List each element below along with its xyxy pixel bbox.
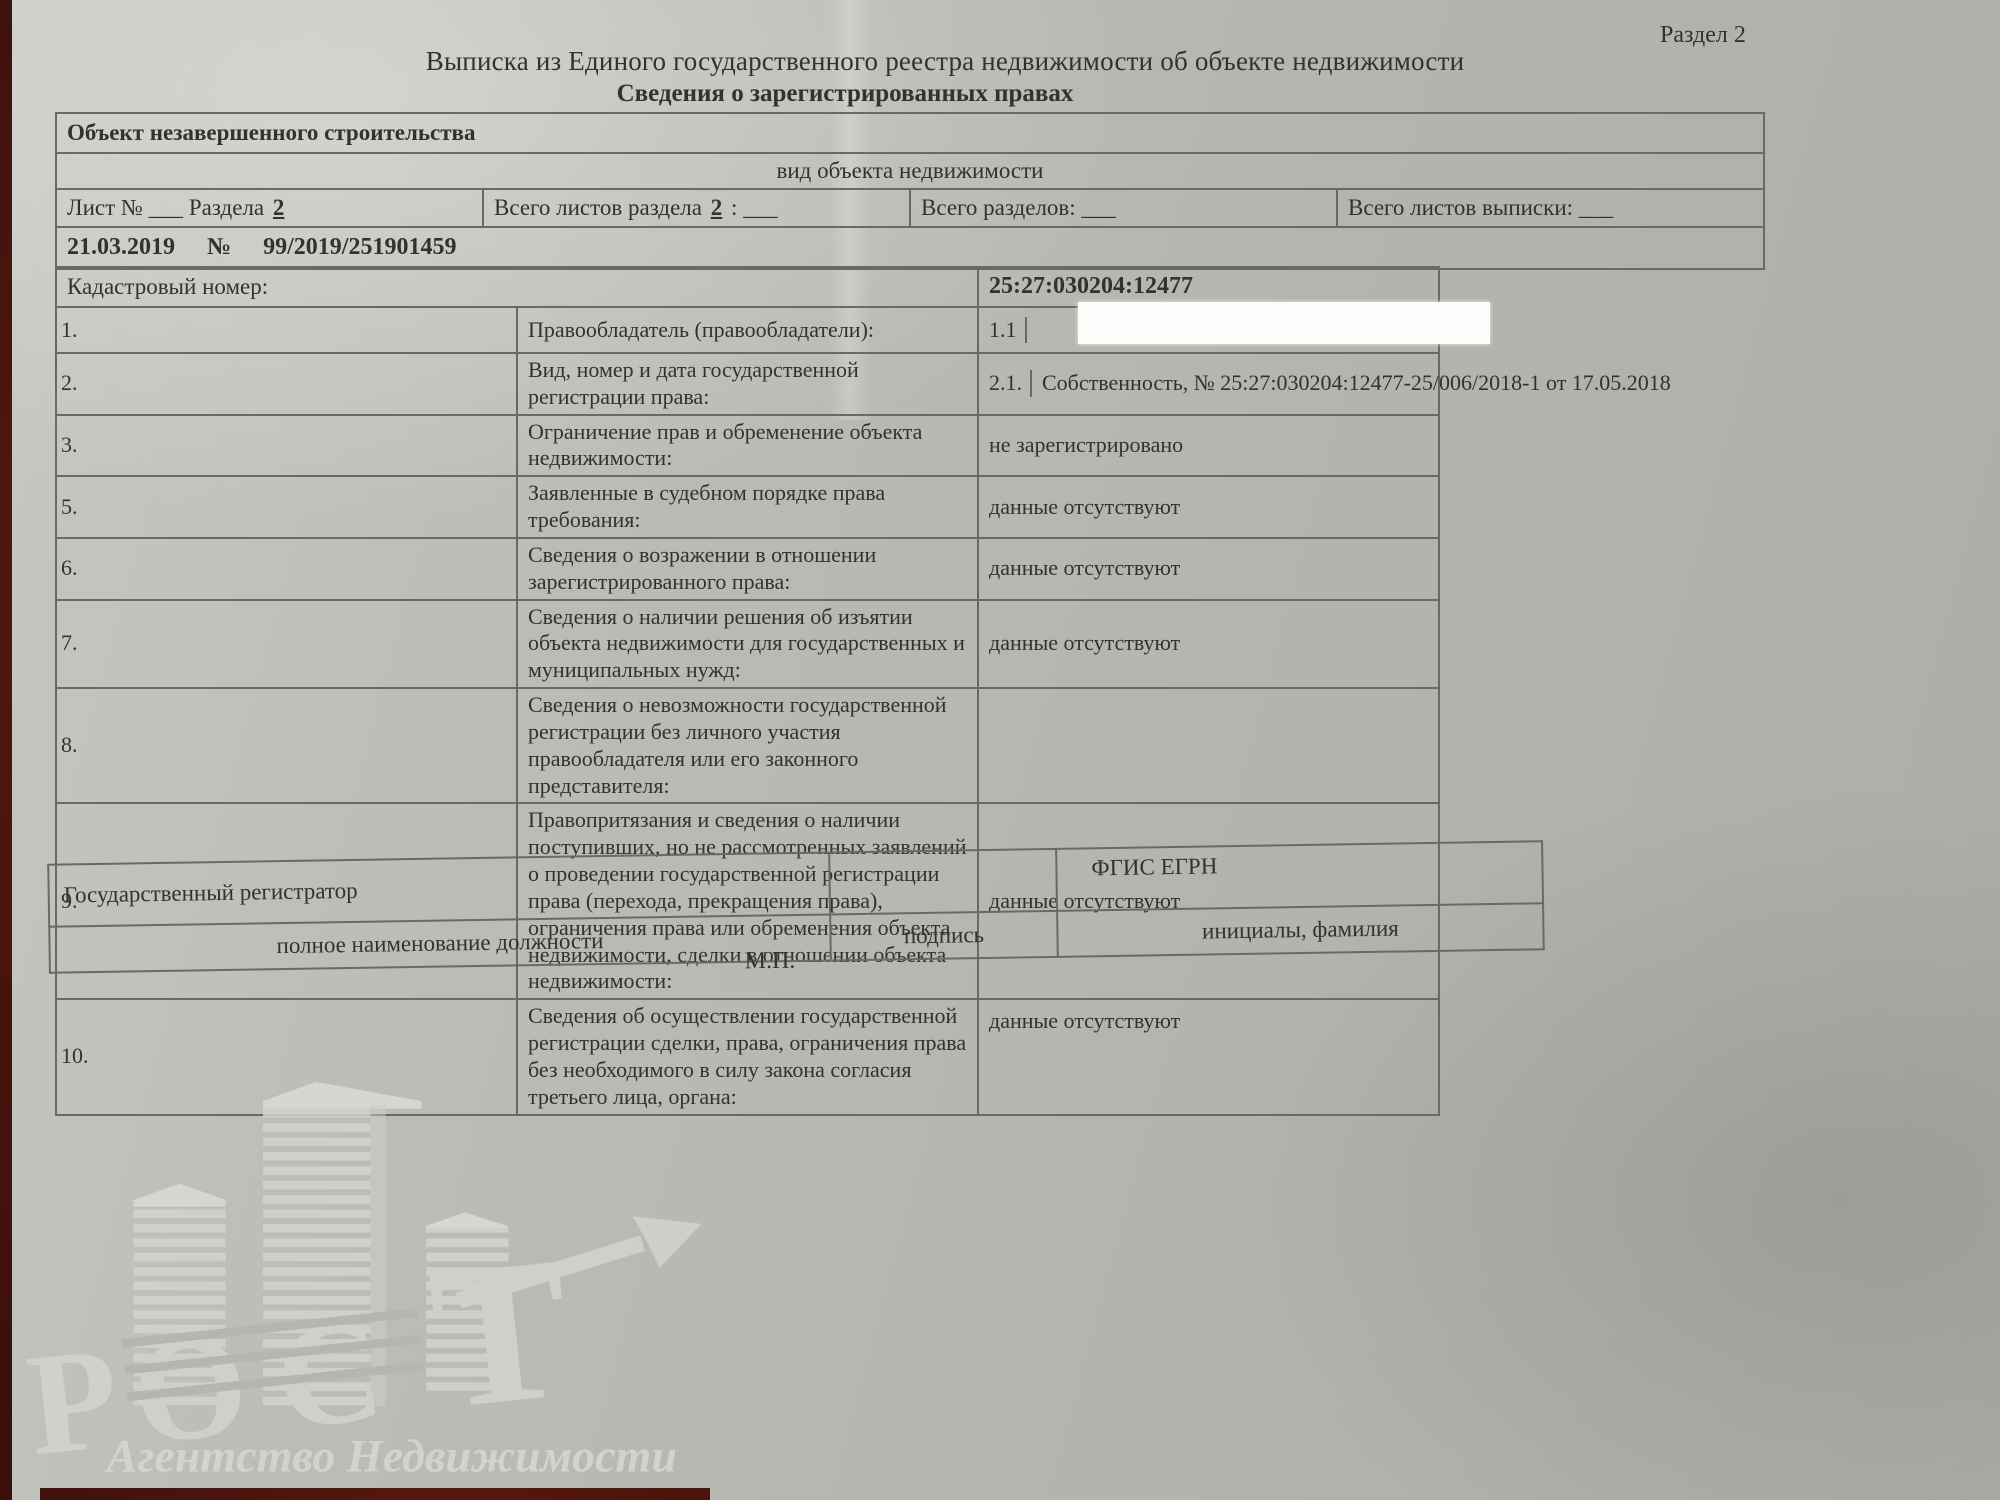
- row-sub-number: 2.1.: [989, 370, 1032, 397]
- row-value: 2.1.Собственность, № 25:27:030204:12477-…: [978, 353, 1439, 415]
- sheet-section-value: 2: [270, 195, 288, 220]
- object-kind-caption: вид объекта недвижимости: [56, 153, 1764, 189]
- cadastral-label: Кадастровый номер:: [56, 267, 978, 307]
- doc-no-sign: №: [207, 234, 231, 260]
- object-type-row: Объект незавершенного строительства: [56, 113, 1764, 153]
- section-sheets-blank: ___: [743, 195, 778, 220]
- section-label: Раздел 2: [1660, 22, 1746, 49]
- header-table: Объект незавершенного строительства вид …: [55, 112, 1765, 270]
- row-label: Сведения о наличии решения об изъятии об…: [517, 600, 978, 688]
- row-value: данные отсутствуют: [978, 476, 1439, 538]
- agency-logo-watermark: Р О С Т Агентство Недвижимости: [18, 1080, 748, 1483]
- row-label: Сведения о возражении в отношении зареги…: [517, 538, 978, 600]
- row-label: Заявленные в судебном порядке права треб…: [517, 476, 978, 538]
- section-sheets-label: Всего листов раздела: [494, 195, 702, 220]
- table-row: 6. Сведения о возражении в отношении зар…: [56, 538, 1439, 600]
- sections-total-cell: Всего разделов: ___: [910, 189, 1337, 227]
- row-value-text: данные отсутствуют: [989, 494, 1180, 521]
- registry-system: ФГИС ЕГРН: [1056, 841, 1543, 911]
- table-row: 7. Сведения о наличии решения об изъятии…: [56, 600, 1439, 688]
- redaction-box: [1078, 302, 1490, 344]
- extract-sheets-label: Всего листов выписки:: [1348, 195, 1573, 220]
- row-value-text: данные отсутствуют: [989, 630, 1180, 657]
- stamp-place-label: М.П.: [700, 947, 840, 976]
- doc-number-cell: 21.03.2019 № 99/2019/251901459: [56, 227, 1764, 269]
- document-subtitle: Сведения о зарегистрированных правах: [0, 80, 1690, 108]
- sign-caption: подпись: [830, 911, 1058, 961]
- row-number: 8.: [56, 688, 517, 803]
- sheet-blank: ___: [149, 195, 184, 220]
- row-number: 3.: [56, 415, 517, 477]
- section-sheets-value: 2: [708, 195, 726, 220]
- agency-caption: Агентство Недвижимости: [104, 1430, 677, 1481]
- row-value-text: данные отсутствуют: [989, 555, 1180, 582]
- row-label: Ограничение прав и обременение объекта н…: [517, 415, 978, 477]
- signature-cell: [829, 849, 1057, 915]
- object-type: Объект незавершенного строительства: [56, 113, 1764, 153]
- brand-letter: Т: [421, 1214, 579, 1452]
- sections-total-blank: ___: [1081, 195, 1116, 220]
- row-number: 6.: [56, 538, 517, 600]
- extract-sheets-cell: Всего листов выписки: ___: [1337, 189, 1764, 227]
- row-value-text: Собственность, № 25:27:030204:12477-25/0…: [1042, 370, 1671, 397]
- row-number: 5.: [56, 476, 517, 538]
- row-number: 1.: [56, 307, 517, 353]
- row-value: данные отсутствуют: [978, 538, 1439, 600]
- sheet-section-label: Раздела: [189, 195, 264, 220]
- object-kind-row: вид объекта недвижимости: [56, 153, 1764, 189]
- photo-backdrop-bottom-edge: [40, 1488, 710, 1500]
- row-value-text: не зарегистрировано: [989, 432, 1183, 459]
- row-value: данные отсутствуют: [978, 600, 1439, 688]
- row-sub-number: 1.1: [989, 317, 1027, 344]
- row-value: не зарегистрировано: [978, 415, 1439, 477]
- document-photo: Раздел 2 Выписка из Единого государствен…: [0, 0, 2000, 1500]
- section-sheets-colon: :: [731, 195, 737, 220]
- table-row: 2. Вид, номер и дата государственной рег…: [56, 353, 1439, 415]
- table-row: 5. Заявленные в судебном порядке права т…: [56, 476, 1439, 538]
- row-value: данные отсутствуют: [978, 999, 1439, 1114]
- row-label: Сведения о невозможности государственной…: [517, 688, 978, 803]
- row-label: Вид, номер и дата государственной регист…: [517, 353, 978, 415]
- doc-number-row: 21.03.2019 № 99/2019/251901459: [56, 227, 1764, 269]
- row-number: 7.: [56, 600, 517, 688]
- row-value: [978, 688, 1439, 803]
- row-value-text: данные отсутствуют: [989, 1008, 1180, 1035]
- section-sheets-cell: Всего листов раздела 2 : ___: [483, 189, 910, 227]
- cadastral-row: Кадастровый номер: 25:27:030204:12477: [56, 267, 1439, 307]
- name-caption: инициалы, фамилия: [1057, 903, 1544, 957]
- table-row: 8. Сведения о невозможности государствен…: [56, 688, 1439, 803]
- row-label: Правообладатель (правообладатели):: [517, 307, 978, 353]
- sheet-meta-row: Лист № ___ Раздела 2 Всего листов раздел…: [56, 189, 1764, 227]
- sheet-label: Лист №: [67, 195, 143, 220]
- cadastral-number: 25:27:030204:12477: [978, 267, 1439, 307]
- photo-backdrop-left-edge: [0, 0, 12, 1500]
- rights-table: Кадастровый номер: 25:27:030204:12477 1.…: [55, 266, 1440, 1116]
- row-number: 2.: [56, 353, 517, 415]
- extract-sheets-blank: ___: [1579, 195, 1614, 220]
- table-row: 3. Ограничение прав и обременение объект…: [56, 415, 1439, 477]
- doc-number-value: 99/2019/251901459: [263, 234, 456, 260]
- document-title: Выписка из Единого государственного реес…: [0, 46, 1890, 77]
- doc-date: 21.03.2019: [67, 234, 175, 260]
- sheet-cell: Лист № ___ Раздела 2: [56, 189, 483, 227]
- sections-total-label: Всего разделов:: [921, 195, 1076, 220]
